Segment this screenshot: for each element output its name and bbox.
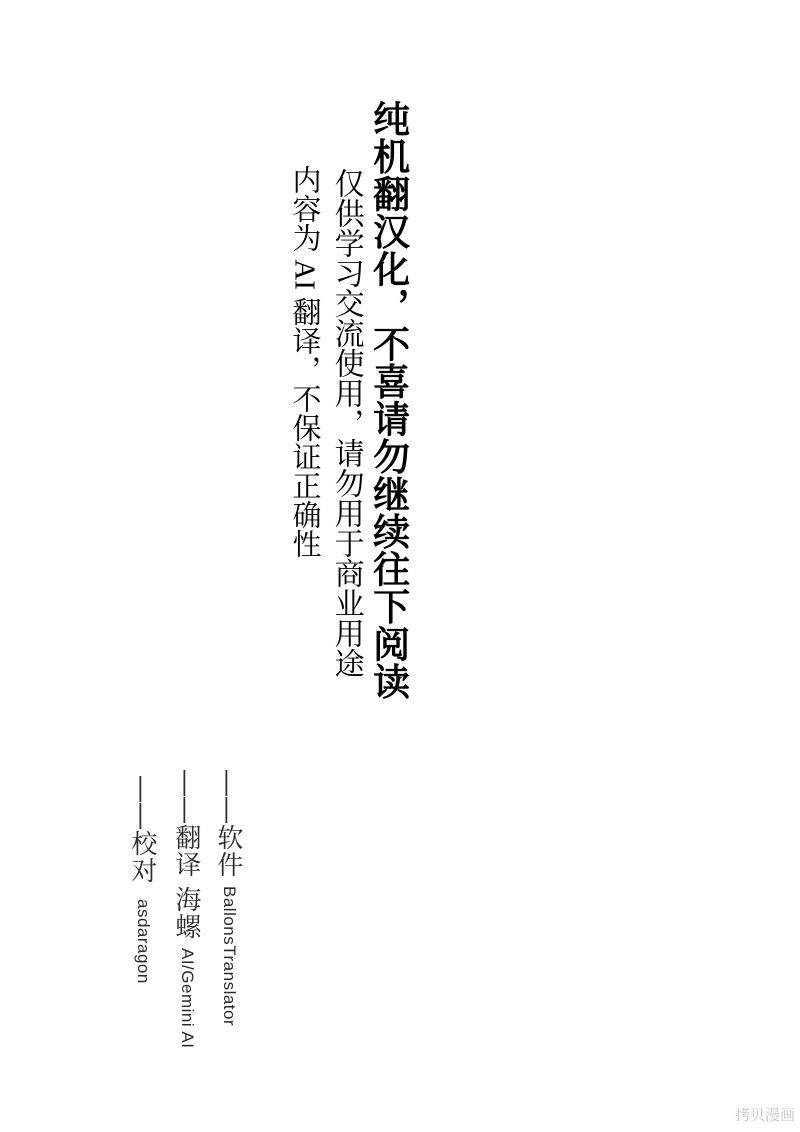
- credit-proofread-value: asdaragon: [134, 899, 153, 984]
- credit-translation: ——翻译 海螺AI/Gemini AI: [171, 770, 201, 1048]
- credit-proofread: ——校对asdaragon: [127, 776, 157, 984]
- watermark-copymanga: 拷贝漫画: [735, 1104, 795, 1125]
- credit-software: ——软件BallonsTranslator: [213, 770, 243, 1026]
- ai-disclaimer-line: 内容为 AI 翻译，不保证正确性: [288, 165, 320, 558]
- notice-title: 纯机翻汉化，不喜请勿继续往下阅读: [365, 100, 409, 700]
- credit-software-value: BallonsTranslator: [220, 886, 239, 1026]
- usage-restriction-line: 仅供学习交流使用，请勿用于商业用途: [329, 168, 363, 678]
- credit-translation-value: AI/Gemini AI: [178, 948, 197, 1048]
- credit-translation-label: ——翻译 海螺: [172, 770, 202, 940]
- disclaimer-page: 纯机翻汉化，不喜请勿继续往下阅读 仅供学习交流使用，请勿用于商业用途 内容为 A…: [0, 0, 800, 1132]
- credit-proofread-label: ——校对: [128, 776, 158, 884]
- credit-software-label: ——软件: [214, 770, 244, 878]
